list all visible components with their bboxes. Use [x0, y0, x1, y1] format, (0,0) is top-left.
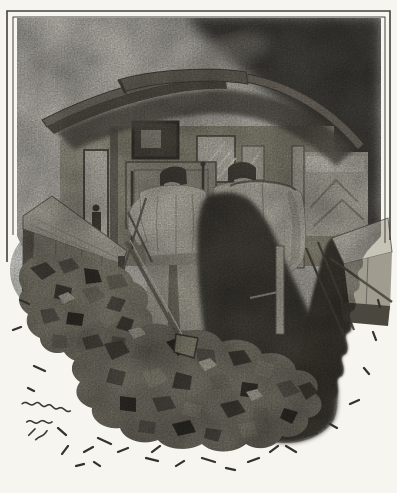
halftone-illustration: Halftone engraving: two trainmen on the … — [0, 0, 397, 493]
halftone-mottle-texture — [14, 14, 384, 466]
